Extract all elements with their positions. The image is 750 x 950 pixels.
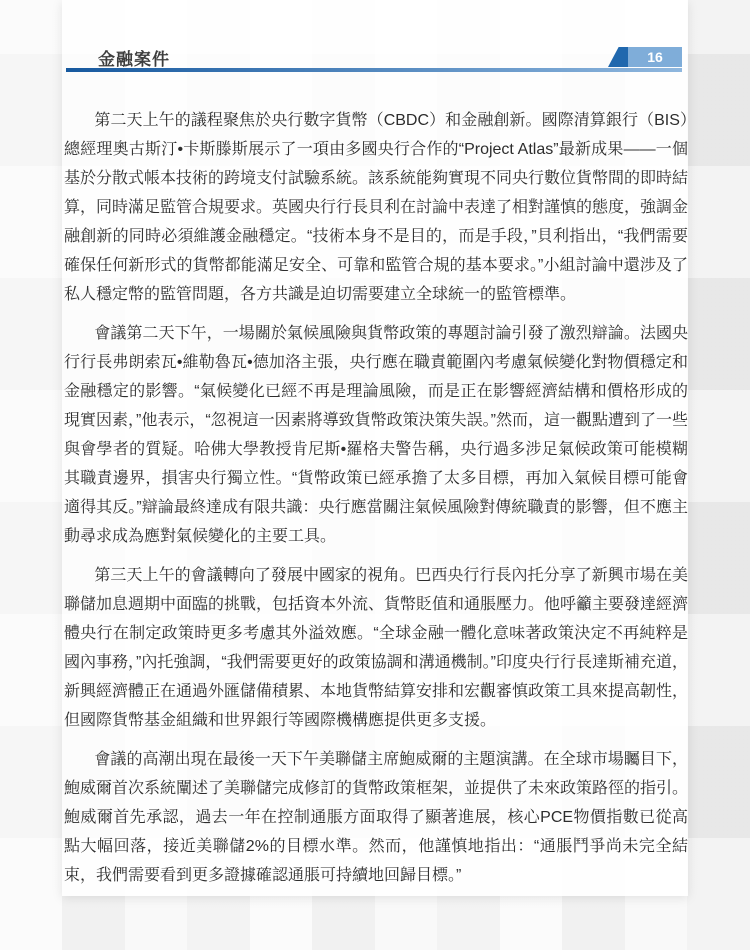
page-title: 金融案件 [98, 45, 170, 70]
page-number-badge: 16 [628, 47, 682, 67]
document-body: 第二天上午的議程聚焦於央行數字貨幣（CBDC）和金融創新。國際清算銀行（BIS）… [64, 106, 688, 890]
document-page: 金融案件 16 第二天上午的議程聚焦於央行數字貨幣（CBDC）和金融創新。國際清… [62, 0, 688, 896]
paragraph-4: 會議的高潮出現在最後一天下午美聯儲主席鮑威爾的主題演講。在全球市場矚目下，鮑威爾… [64, 745, 688, 890]
paragraph-3: 第三天上午的會議轉向了發展中國家的視角。巴西央行行長內托分享了新興市場在美聯儲加… [64, 561, 688, 735]
page-number: 16 [647, 50, 663, 64]
header-divider-rule [66, 68, 682, 72]
paragraph-1: 第二天上午的議程聚焦於央行數字貨幣（CBDC）和金融創新。國際清算銀行（BIS）… [64, 106, 688, 309]
paragraph-2: 會議第二天下午，一場關於氣候風險與貨幣政策的專題討論引發了激烈辯論。法國央行行長… [64, 319, 688, 551]
